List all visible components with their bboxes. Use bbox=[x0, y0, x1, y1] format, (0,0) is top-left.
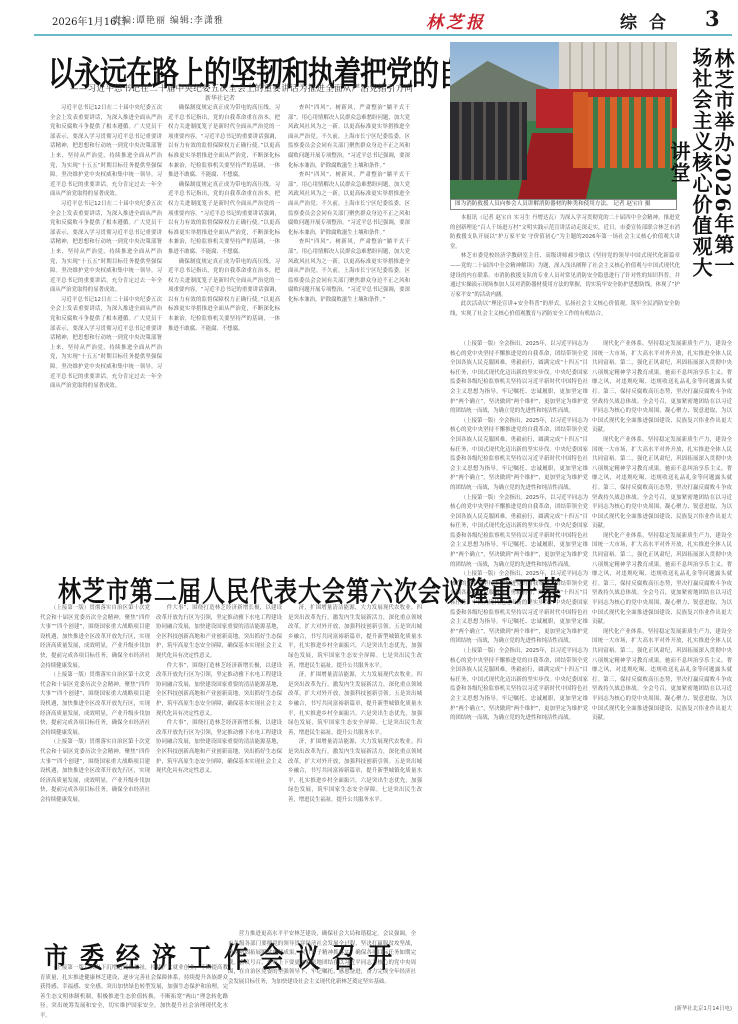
article2-paragraph: 件大事”，围绕打造林芝经济新增长极，以建设改革开放先行区为引领，坚定推动雅下水电… bbox=[156, 719, 282, 777]
article1-paragraph: 查纠“四风”、树新风，严肃整治“躺平式干部”。用心用情解决人民群众急难愁盼问题，… bbox=[288, 104, 410, 171]
page-number: 3 bbox=[705, 6, 720, 31]
article1-paragraph: 习近平总书记12日在二十届中央纪委五次全会上发表重要讲话，为深入推进全面从严治党… bbox=[50, 296, 162, 392]
article1-paragraph: 习近平总书记12日在二十届中央纪委五次全会上发表重要讲话，为深入推进全面从严治党… bbox=[50, 104, 162, 200]
article2-paragraph: 济，扩围增量清洁能源，大力发展现代农牧业。四是突出改革先行，激发内生发展新活力，… bbox=[288, 738, 422, 805]
continuation-paragraph: （上接第一版）全会指出，2025年，以习近平同志为核心的党中央坚持不懈推进党的自… bbox=[450, 647, 588, 724]
continuation-paragraph: 现代化产业体系，坚持稳定发展新质生产力，建设全国统一大市场，扩大高水平对外开放，… bbox=[592, 340, 732, 436]
fire-rescue-photo[interactable] bbox=[450, 42, 677, 199]
feature-vertical-headline[interactable]: 林芝市举办2026年第一场社会主义核心价值观大讲堂 bbox=[690, 42, 734, 282]
continuation-column-2: 现代化产业体系，坚持稳定发展新质生产力，建设全国统一大市场，扩大高水平对外开放，… bbox=[592, 340, 732, 1000]
editor-credits: 责编:谭艳丽 编辑:李潇雅 bbox=[112, 13, 224, 26]
photo-attendees bbox=[450, 102, 527, 181]
header-divider bbox=[34, 34, 732, 36]
article3-paragraph: 营力推进更高水平平安林芝建设，确保社会大局和谐稳定。会议强调，全市各级各部门要把… bbox=[228, 930, 416, 988]
article3-paragraph: （上接第一版）突出下沉增进民生福祉，持续扩大就业创业，不断提高教育质量，扎实推进… bbox=[40, 964, 228, 1020]
photo-caption: 图为消防救援人员向参会人员讲解消防器材的种类和使用方法。 记者 赵宝自 摄 bbox=[450, 199, 677, 210]
feature-body: 本报讯（记者 赵宝自 实习生 丹增达瓦）为深入学习贯彻党的二十届四中全会精神，推… bbox=[450, 214, 680, 322]
article1-column-2: 确保制度规定真正成为带电的高压线。习近平总书记指出，党的自我革命重在治本，把权力… bbox=[168, 104, 280, 556]
continuation-paragraph: （上接第一版）全会指出，2025年，以习近平同志为核心的党中央坚持不懈推进党的自… bbox=[450, 494, 588, 571]
article2-column-2: 件大事”，围绕打造林芝经济新增长极，以建设改革开放先行区为引领，坚定推动雅下水电… bbox=[156, 604, 282, 912]
article2-paragraph: 济，扩围增量清洁能源，大力发展现代农牧业。四是突出改革先行，激发内生发展新活力，… bbox=[288, 604, 422, 671]
article1-byline: 新华社记者 bbox=[205, 93, 235, 102]
feature-paragraph: 此次活动以“理论宣讲+安全科普”的形式，弘扬社会主义核心价值观，筑牢全民消防安全… bbox=[450, 300, 680, 319]
article3-column-1: （上接第一版）突出下沉增进民生福祉，持续扩大就业创业，不断提高教育质量，扎实推进… bbox=[40, 964, 228, 1020]
feature-paragraph: 林芝市委党校经济学教研室主任、高级讲师郝少敏以《坚持党的领导中国式现代化新篇章—… bbox=[450, 252, 680, 300]
photo-firefighters bbox=[586, 97, 672, 168]
article2-paragraph: （上接第一版）贯彻落实自治区第十次党代会和十届区党委历次全会精神，聚焦“四件大事… bbox=[40, 671, 150, 738]
article1-paragraph: 查纠“四风”、树新风，严肃整治“躺平式干部”。用心用情解决人民群众急难愁盼问题，… bbox=[288, 171, 410, 238]
continuation-paragraph: 现代化产业体系，坚持稳定发展新质生产力，建设全国统一大市场，扩大高水平对外开放，… bbox=[592, 628, 732, 724]
continuation-credit-box: (新华社北京1月14日电) bbox=[592, 1005, 732, 1017]
article1-paragraph: 确保制度规定真正成为带电的高压线。习近平总书记指出，党的自我革命重在治本，把权力… bbox=[168, 258, 280, 335]
article2-column-1: （上接第一版）贯彻落实自治区第十次党代会和十届区党委历次全会精神，聚焦“四件大事… bbox=[40, 604, 150, 912]
continuation-paragraph: 现代化产业体系，坚持稳定发展新质生产力，建设全国统一大市场，扩大高水平对外开放，… bbox=[592, 436, 732, 532]
article2-paragraph: 件大事”，围绕打造林芝经济新增长极，以建设改革开放先行区为引领，坚定推动雅下水电… bbox=[156, 662, 282, 720]
article1-column-1: 习近平总书记12日在二十届中央纪委五次全会上发表重要讲话，为深入推进全面从严治党… bbox=[50, 104, 162, 556]
article1-subheadline: ——习近平总书记在二十届中央纪委五次全会上的重要讲话为推进全面从严治党指引方向 bbox=[70, 82, 413, 94]
article2-paragraph: 件大事”，围绕打造林芝经济新增长极，以建设改革开放先行区为引领，坚定推动雅下水电… bbox=[156, 604, 282, 662]
article2-column-3: 济，扩围增量清洁能源，大力发展现代农牧业。四是突出改革先行，激发内生发展新活力，… bbox=[288, 604, 422, 912]
article2-paragraph: 济，扩围增量清洁能源，大力发展现代农牧业。四是突出改革先行，激发内生发展新活力，… bbox=[288, 671, 422, 738]
article1-column-3: 查纠“四风”、树新风，严肃整治“躺平式干部”。用心用情解决人民群众急难愁盼问题，… bbox=[288, 104, 410, 556]
page-header: 2026年1月16日 责编:谭艳丽 编辑:李潇雅 林芝报 综合 3 bbox=[0, 0, 738, 36]
article3-column-2: 营力推进更高水平平安林芝建设，确保社会大局和谐稳定。会议强调，全市各级各部门要把… bbox=[228, 930, 416, 1020]
continuation-paragraph: （上接第一版）全会指出，2025年，以习近平同志为核心的党中央坚持不懈推进党的自… bbox=[450, 417, 588, 494]
photo-presenter bbox=[573, 92, 589, 167]
continuation-credit: (新华社北京1月14日电) bbox=[592, 1005, 732, 1015]
section-name: 综合 bbox=[620, 8, 678, 33]
article1-paragraph: 查纠“四风”、树新风，严肃整治“躺平式干部”。用心用情解决人民群众急难愁盼问题，… bbox=[288, 238, 410, 305]
continuation-column-1: （上接第一版）全会指出，2025年，以习近平同志为核心的党中央坚持不懈推进党的自… bbox=[450, 340, 588, 1012]
newspaper-masthead[interactable]: 林芝报 bbox=[426, 8, 486, 33]
article2-paragraph: （上接第一版）贯彻落实自治区第十次党代会和十届区党委历次全会精神，聚焦“四件大事… bbox=[40, 738, 150, 805]
article1-paragraph: 确保制度规定真正成为带电的高压线。习近平总书记指出，党的自我革命重在治本，把权力… bbox=[168, 104, 280, 181]
article1-paragraph: 习近平总书记12日在二十届中央纪委五次全会上发表重要讲话，为深入推进全面从严治党… bbox=[50, 200, 162, 296]
article2-paragraph: （上接第一版）贯彻落实自治区第十次党代会和十届区党委历次全会精神，聚焦“四件大事… bbox=[40, 604, 150, 671]
continuation-paragraph: 现代化产业体系，坚持稳定发展新质生产力，建设全国统一大市场，扩大高水平对外开放，… bbox=[592, 532, 732, 628]
feature-paragraph: 本报讯（记者 赵宝自 实习生 丹增达瓦）为深入学习贯彻党的二十届四中全会精神，推… bbox=[450, 214, 680, 252]
article1-paragraph: 确保制度规定真正成为带电的高压线。习近平总书记指出，党的自我革命重在治本，把权力… bbox=[168, 181, 280, 258]
continuation-paragraph: （上接第一版）全会指出，2025年，以习近平同志为核心的党中央坚持不懈推进党的自… bbox=[450, 340, 588, 417]
